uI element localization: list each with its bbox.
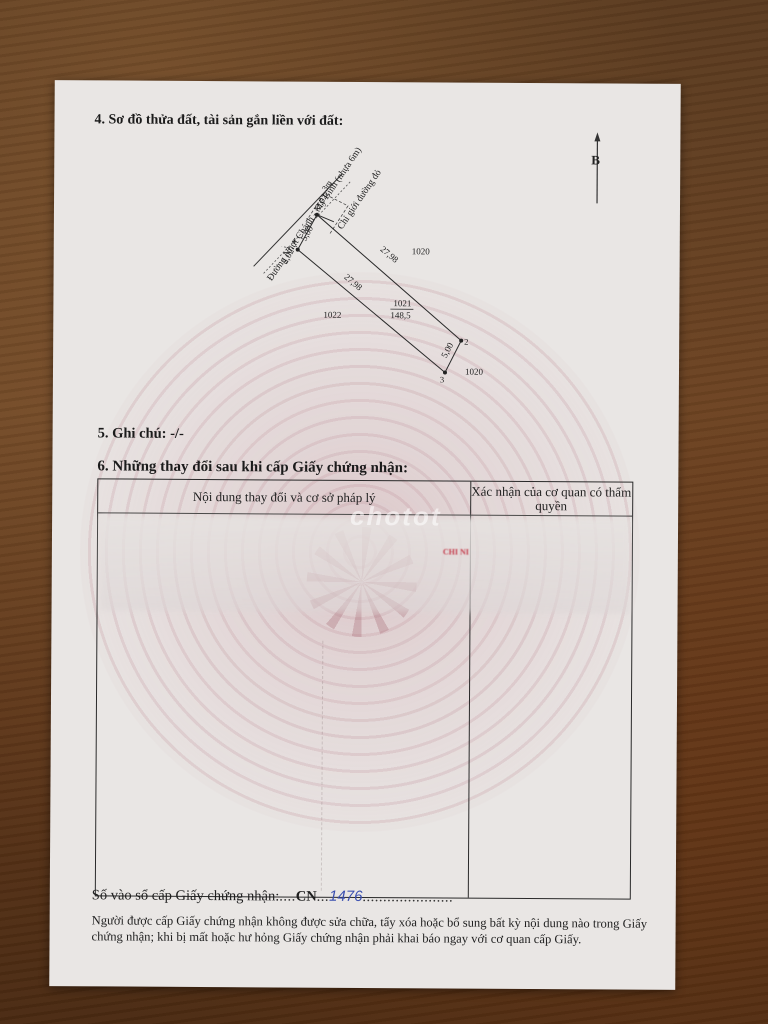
registration-prefix: CN [296,889,317,905]
footer-note: Người được cấp Giấy chứng nhận không đượ… [91,912,651,947]
neighbor-parcel: 1020 [412,246,431,256]
registration-number-line: Số vào sổ cấp Giấy chứng nhận:....CN...1… [92,886,454,906]
parcel-area: 148,5 [390,310,411,320]
svg-text:2: 2 [464,337,468,347]
changes-table: Nội dung thay đổi và cơ sở pháp lý Xác n… [95,478,634,899]
land-parcel-diagram: B Đường Nhựt Chánh - Mỹ Bình (nhựa 6m) C… [53,80,681,444]
section-5-heading: 5. Ghi chú: -/- [98,425,184,443]
chotot-watermark: chotot [350,501,442,533]
neighbor-parcel: 1020 [465,367,484,377]
faint-guide-line [321,641,324,891]
section-6-heading: 6. Những thay đổi sau khi cấp Giấy chứng… [97,458,408,477]
north-arrow: B [591,132,600,203]
land-certificate-page: 4. Sơ đồ thửa đất, tài sản gắn liền với … [49,80,681,990]
header-authority-confirmation: Xác nhận của cơ quan có thẩm quyền [470,482,632,516]
svg-text:B: B [591,152,600,167]
stamp-fragment: CHI NI [443,547,469,556]
svg-text:3: 3 [440,374,444,384]
registration-label: Số vào sổ cấp Giấy chứng nhận: [92,887,280,904]
neighbor-parcel: 1022 [323,310,341,320]
svg-text:27,98: 27,98 [378,244,400,265]
svg-text:1: 1 [315,203,319,213]
parcel-number: 1021 [393,298,411,308]
registration-number: 1476 [329,888,362,905]
